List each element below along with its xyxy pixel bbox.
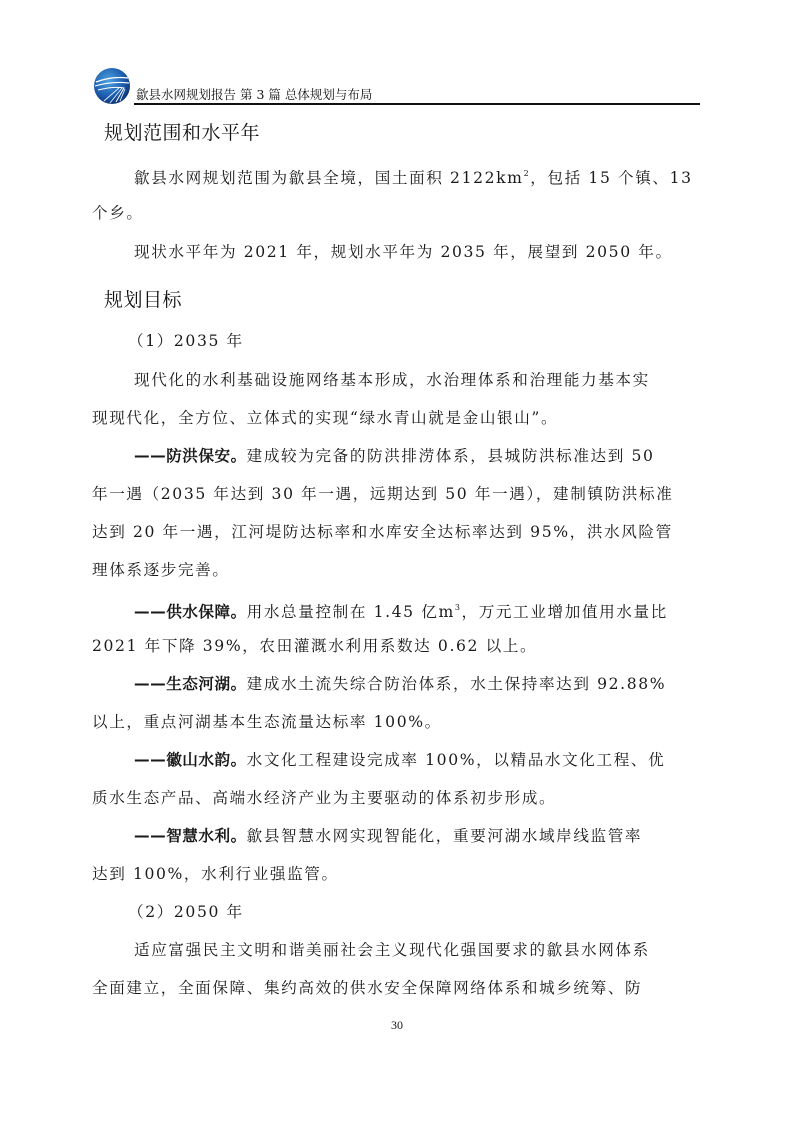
goal-flood-line2: 年一遇（2035 年达到 30 年一遇，远期达到 50 年一遇），建制镇防洪标准 (92, 484, 704, 504)
intro-2035-line2: 现现代化，全方位、立体式的实现“绿水青山就是金山银山”。 (92, 408, 704, 428)
paragraph-scope: 歙县水网规划范围为歙县全境，国土面积 2122km2，包括 15 个镇、13 (92, 164, 746, 188)
globe-logo-icon (92, 66, 132, 106)
section-heading-scope: 规划范围和水平年 (104, 118, 260, 145)
intro-2050-line1: 适应富强民主文明和谐美丽社会主义现代化强国要求的歙县水网体系 (92, 940, 746, 960)
goal-culture-line2: 质水生态产品、高端水经济产业为主要驱动的体系初步形成。 (92, 788, 704, 808)
running-title: 歙县水网规划报告 第 3 篇 总体规划与布局 (136, 85, 372, 103)
intro-2035-line1: 现代化的水利基础设施网络基本形成，水治理体系和治理能力基本实 (92, 370, 746, 390)
goal-supply-line2: 2021 年下降 39%，农田灌溉水利用系数达 0.62 以上。 (92, 636, 704, 656)
intro-2050-line2: 全面建立，全面保障、集约高效的供水安全保障网络体系和城乡统筹、防 (92, 978, 704, 998)
goal-flood-line4: 理体系逐步完善。 (92, 560, 704, 580)
goal-flood-line3: 达到 20 年一遇，江河堤防达标率和水库安全达标率达到 95%，洪水风险管 (92, 522, 704, 542)
goal-ecology-line2: 以上，重点河湖基本生态流量达标率 100%。 (92, 712, 704, 732)
subheading-2050: （2）2050 年 (128, 902, 740, 922)
paragraph-horizon-years: 现状水平年为 2021 年，规划水平年为 2035 年，展望到 2050 年。 (92, 242, 746, 262)
goal-smart-water: ——智慧水利。歙县智慧水网实现智能化，重要河湖水域岸线监管率 (92, 826, 746, 846)
goal-culture: ——徽山水韵。水文化工程建设完成率 100%，以精品水文化工程、优 (92, 750, 746, 770)
page-number: 30 (0, 1018, 794, 1033)
section-heading-goals: 规划目标 (104, 285, 182, 312)
header-divider (134, 103, 700, 105)
goal-ecology: ——生态河湖。建成水土流失综合防治体系，水土保持率达到 92.88% (92, 674, 746, 694)
goal-flood-control: ——防洪保安。建成较为完备的防洪排涝体系，县城防洪标准达到 50 (92, 446, 746, 466)
subheading-2035: （1）2035 年 (128, 331, 740, 351)
page-header: 歙县水网规划报告 第 3 篇 总体规划与布局 (92, 66, 700, 108)
paragraph-scope-cont: 个乡。 (92, 203, 704, 223)
goal-smart-line2: 达到 100%，水利行业强监管。 (92, 864, 704, 884)
goal-water-supply: ——供水保障。用水总量控制在 1.45 亿m3，万元工业增加值用水量比 (92, 598, 746, 622)
